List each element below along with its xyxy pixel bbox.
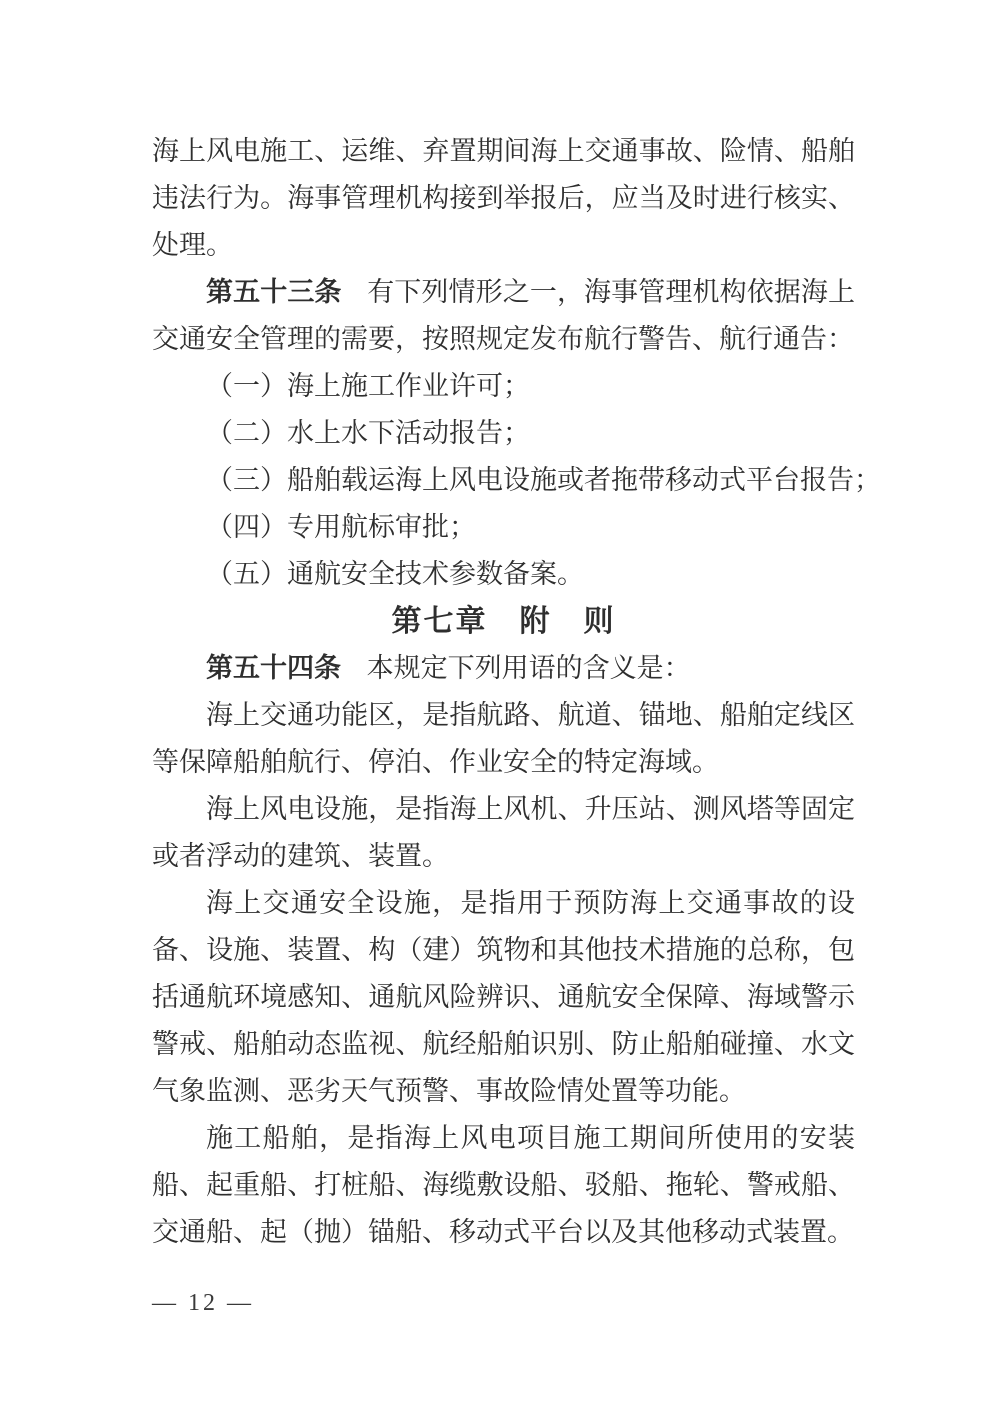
article-53: 第五十三条有下列情形之一，海事管理机构依据海上交通安全管理的需要，按照规定发布航… [152,269,855,363]
definition-safety-facility: 海上交通安全设施，是指用于预防海上交通事故的设备、设施、装置、构（建）筑物和其他… [152,880,855,1115]
definition-construction-vessel: 施工船舶，是指海上风电项目施工期间所使用的安装船、起重船、打桩船、海缆敷设船、驳… [152,1115,855,1256]
document-body: 海上风电施工、运维、弃置期间海上交通事故、险情、船舶违法行为。海事管理机构接到举… [152,128,855,1256]
article-53-label: 第五十三条 [206,277,342,307]
list-item-4: （四）专用航标审批； [152,504,855,551]
definition-traffic-zone: 海上交通功能区，是指航路、航道、锚地、船舶定线区等保障船舶航行、停泊、作业安全的… [152,692,855,786]
paragraph-continuation: 海上风电施工、运维、弃置期间海上交通事故、险情、船舶违法行为。海事管理机构接到举… [152,128,855,269]
list-item-2: （二）水上水下活动报告； [152,410,855,457]
list-item-5: （五）通航安全技术参数备案。 [152,551,855,598]
article-54-label: 第五十四条 [206,653,341,683]
chapter-heading: 第七章 附 则 [152,598,855,645]
definition-wind-facility: 海上风电设施，是指海上风机、升压站、测风塔等固定或者浮动的建筑、装置。 [152,786,855,880]
list-item-1: （一）海上施工作业许可； [152,363,855,410]
article-54: 第五十四条本规定下列用语的含义是： [152,645,855,692]
document-page: 海上风电施工、运维、弃置期间海上交通事故、险情、船舶违法行为。海事管理机构接到举… [0,0,1000,1414]
article-54-text: 本规定下列用语的含义是： [367,653,691,683]
list-item-3: （三）船舶载运海上风电设施或者拖带移动式平台报告； [152,457,855,504]
page-number: — 12 — [152,1290,254,1317]
